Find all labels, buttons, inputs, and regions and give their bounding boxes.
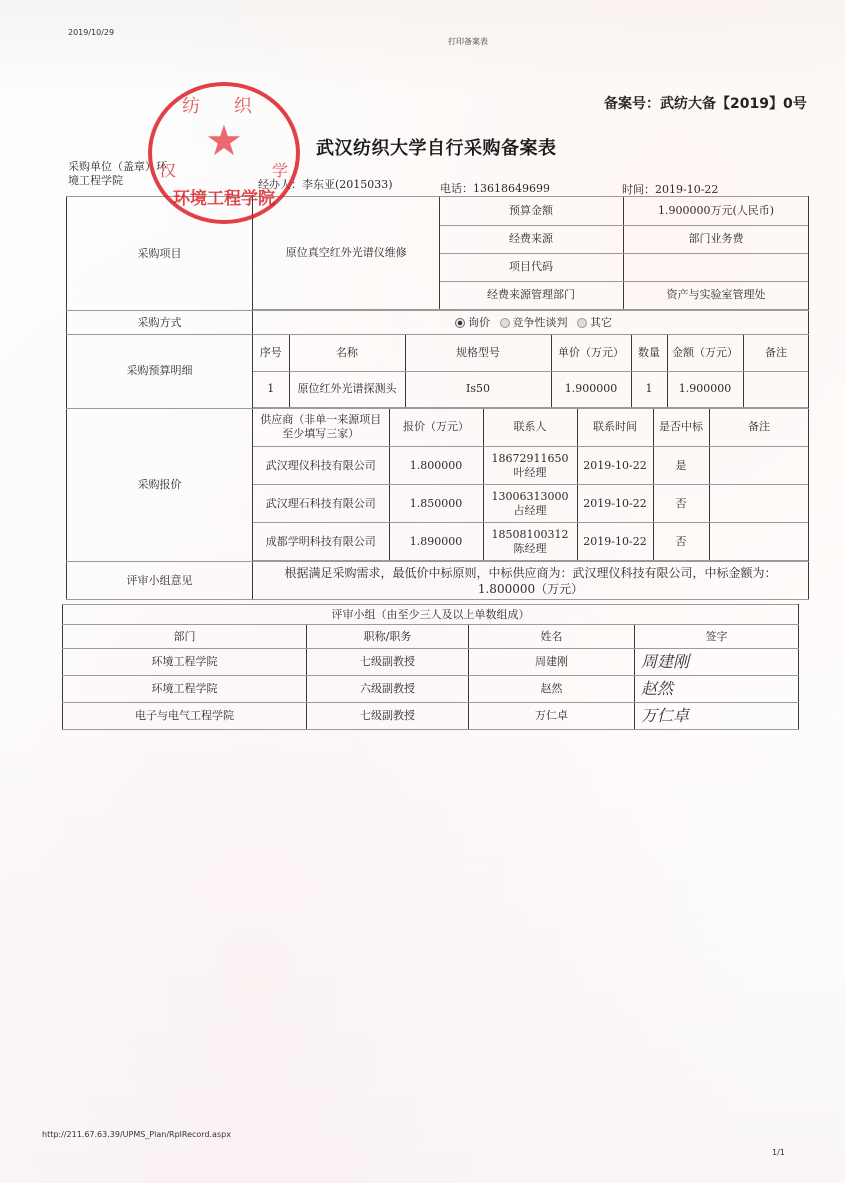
quotes-table: 供应商（非单一来源项目至少填写三家） 报价（万元） 联系人 联系时间 是否中标 … bbox=[253, 409, 809, 562]
opinion-text: 根据满足采购需求，最低价中标原则，中标供应商为：武汉理仪科技有限公司，中标金额为… bbox=[253, 562, 809, 600]
contact-name: 叶经理 bbox=[514, 466, 547, 479]
cell-item-name: 原位红外光谱探测头 bbox=[289, 371, 405, 407]
col-header: 职称/职务 bbox=[307, 625, 469, 649]
handler-label: 经办人： bbox=[258, 178, 302, 191]
date: 时间：2019-10-22 bbox=[622, 181, 718, 197]
col-header: 数量 bbox=[631, 335, 667, 371]
cell-won: 否 bbox=[653, 523, 709, 561]
col-header: 报价（万元） bbox=[389, 409, 483, 447]
opinion-label: 评审小组意见 bbox=[67, 562, 253, 600]
cell-contact: 18508100312陈经理 bbox=[483, 523, 577, 561]
cell-rank: 七级副教授 bbox=[307, 649, 469, 676]
col-header: 备注 bbox=[743, 335, 809, 371]
radio-negotiation-label: 竞争性谈判 bbox=[513, 316, 568, 329]
col-header: 名称 bbox=[289, 335, 405, 371]
funding-source: 部门业务费 bbox=[623, 225, 809, 253]
quotes-header-row: 供应商（非单一来源项目至少填写三家） 报价（万元） 联系人 联系时间 是否中标 … bbox=[253, 409, 809, 447]
cell-unit-price: 1.900000 bbox=[551, 371, 631, 407]
cell-date: 2019-10-22 bbox=[577, 523, 653, 561]
method-label: 采购方式 bbox=[67, 311, 253, 335]
table-row: 武汉理石科技有限公司 1.850000 13006313000占经理 2019-… bbox=[253, 485, 809, 523]
budget-detail-row: 采购预算明细 序号 名称 规格型号 单价（万元） 数量 金额（万元） 备注 1 … bbox=[67, 335, 809, 409]
contact-phone: 18508100312 bbox=[492, 528, 569, 541]
col-header: 姓名 bbox=[469, 625, 635, 649]
cell-price: 1.890000 bbox=[389, 523, 483, 561]
method-row: 采购方式 询价 竞争性谈判 其它 bbox=[67, 311, 809, 335]
contact-name: 陈经理 bbox=[514, 542, 547, 555]
cell-note bbox=[709, 523, 809, 561]
time-value: 2019-10-22 bbox=[655, 183, 718, 196]
method-options: 询价 竞争性谈判 其它 bbox=[253, 311, 809, 335]
cell-date: 2019-10-22 bbox=[577, 447, 653, 485]
cell-won: 否 bbox=[653, 485, 709, 523]
record-number: 备案号：武纺大备【2019】0号 bbox=[604, 93, 807, 113]
project-inner: 原位真空红外光谱仪维修 预算金额 1.900000万元(人民币) 经费来源 部门… bbox=[253, 197, 809, 310]
cell-contact: 18672911650叶经理 bbox=[483, 447, 577, 485]
time-label: 时间： bbox=[622, 183, 655, 196]
radio-negotiation[interactable] bbox=[500, 318, 510, 328]
col-header: 供应商（非单一来源项目至少填写三家） bbox=[253, 409, 389, 447]
budget-detail-label: 采购预算明细 bbox=[67, 335, 253, 409]
budget-amount: 1.900000万元(人民币) bbox=[623, 197, 809, 225]
cell-name: 周建刚 bbox=[469, 649, 635, 676]
field-label: 经费来源 bbox=[439, 225, 623, 253]
radio-inquiry[interactable] bbox=[455, 318, 465, 328]
cell-rank: 六级副教授 bbox=[307, 676, 469, 703]
cell-date: 2019-10-22 bbox=[577, 485, 653, 523]
cell-dept: 电子与电气工程学院 bbox=[63, 703, 307, 730]
cell-model: Is50 bbox=[405, 371, 551, 407]
purchasing-unit: 采购单位（盖章）环境工程学院 bbox=[68, 160, 168, 188]
col-header: 签字 bbox=[635, 625, 799, 649]
contact-phone: 18672911650 bbox=[492, 452, 569, 465]
budget-header-row: 序号 名称 规格型号 单价（万元） 数量 金额（万元） 备注 bbox=[253, 335, 809, 371]
radio-other-label: 其它 bbox=[590, 316, 612, 329]
cell-rank: 七级副教授 bbox=[307, 703, 469, 730]
project-label: 采购项目 bbox=[67, 197, 253, 311]
col-header: 规格型号 bbox=[405, 335, 551, 371]
project-code bbox=[623, 253, 809, 281]
col-header: 是否中标 bbox=[653, 409, 709, 447]
cell-note bbox=[709, 447, 809, 485]
col-header: 部门 bbox=[63, 625, 307, 649]
phone: 电话：13618649699 bbox=[440, 180, 550, 196]
quotes-row: 采购报价 供应商（非单一来源项目至少填写三家） 报价（万元） 联系人 联系时间 … bbox=[67, 408, 809, 562]
table-row: 成都学明科技有限公司 1.890000 18508100312陈经理 2019-… bbox=[253, 523, 809, 561]
contact-name: 占经理 bbox=[514, 504, 547, 517]
col-header: 金额（万元） bbox=[667, 335, 743, 371]
print-title: 打印备案表 bbox=[448, 36, 488, 47]
field-label: 项目代码 bbox=[439, 253, 623, 281]
unit-label: 采购单位（盖章） bbox=[68, 160, 156, 173]
table-row: 环境工程学院 六级副教授 赵然 赵然 bbox=[63, 676, 799, 703]
project-name: 原位真空红外光谱仪维修 bbox=[253, 197, 439, 309]
cell-supplier: 武汉理仪科技有限公司 bbox=[253, 447, 389, 485]
opinion-row: 评审小组意见 根据满足采购需求，最低价中标原则，中标供应商为：武汉理仪科技有限公… bbox=[67, 562, 809, 600]
cell-dept: 环境工程学院 bbox=[63, 676, 307, 703]
field-label: 经费来源管理部门 bbox=[439, 281, 623, 309]
table-row: 1 原位红外光谱探测头 Is50 1.900000 1 1.900000 bbox=[253, 371, 809, 407]
quotes-label: 采购报价 bbox=[67, 408, 253, 562]
col-header: 备注 bbox=[709, 409, 809, 447]
cell-contact: 13006313000占经理 bbox=[483, 485, 577, 523]
radio-other[interactable] bbox=[577, 318, 587, 328]
cell-amount: 1.900000 bbox=[667, 371, 743, 407]
table-row: 电子与电气工程学院 七级副教授 万仁卓 万仁卓 bbox=[63, 703, 799, 730]
table-row: 环境工程学院 七级副教授 周建刚 周建刚 bbox=[63, 649, 799, 676]
col-header: 联系时间 bbox=[577, 409, 653, 447]
cell-price: 1.850000 bbox=[389, 485, 483, 523]
handler-value: 李东亚(2015033) bbox=[302, 178, 393, 191]
col-header: 单价（万元） bbox=[551, 335, 631, 371]
funding-dept: 资产与实验室管理处 bbox=[623, 281, 809, 309]
review-panel-table: 评审小组（由至少三人及以上单数组成） 部门 职称/职务 姓名 签字 环境工程学院… bbox=[62, 604, 799, 730]
form-title: 武汉纺织大学自行采购备案表 bbox=[316, 134, 557, 160]
page-number: 1/1 bbox=[772, 1148, 785, 1157]
radio-inquiry-label: 询价 bbox=[468, 316, 490, 329]
signature: 赵然 bbox=[635, 676, 799, 703]
cell-won: 是 bbox=[653, 447, 709, 485]
phone-value: 13618649699 bbox=[473, 182, 550, 195]
cell-supplier: 成都学明科技有限公司 bbox=[253, 523, 389, 561]
project-row: 采购项目 原位真空红外光谱仪维修 预算金额 1.900000万元(人民币) 经费… bbox=[67, 197, 809, 311]
cell-supplier: 武汉理石科技有限公司 bbox=[253, 485, 389, 523]
print-date: 2019/10/29 bbox=[68, 28, 114, 37]
budget-detail-table: 序号 名称 规格型号 单价（万元） 数量 金额（万元） 备注 1 原位红外光谱探… bbox=[253, 335, 809, 408]
field-label: 预算金额 bbox=[439, 197, 623, 225]
signature: 周建刚 bbox=[635, 649, 799, 676]
cell-quantity: 1 bbox=[631, 371, 667, 407]
table-row: 武汉理仪科技有限公司 1.800000 18672911650叶经理 2019-… bbox=[253, 447, 809, 485]
record-form-table: 采购项目 原位真空红外光谱仪维修 预算金额 1.900000万元(人民币) 经费… bbox=[66, 196, 809, 600]
panel-header-row: 部门 职称/职务 姓名 签字 bbox=[63, 625, 799, 649]
cell-note bbox=[743, 371, 809, 407]
col-header: 序号 bbox=[253, 335, 289, 371]
phone-label: 电话： bbox=[440, 182, 473, 195]
cell-name: 赵然 bbox=[469, 676, 635, 703]
contact-phone: 13006313000 bbox=[492, 490, 569, 503]
handler: 经办人：李东亚(2015033) bbox=[258, 176, 393, 192]
panel-title: 评审小组（由至少三人及以上单数组成） bbox=[63, 605, 799, 625]
cell-dept: 环境工程学院 bbox=[63, 649, 307, 676]
footer-url: http://211.67.63.39/UPMS_Plan/RplRecord.… bbox=[42, 1130, 231, 1139]
signature: 万仁卓 bbox=[635, 703, 799, 730]
cell-name: 万仁卓 bbox=[469, 703, 635, 730]
col-header: 联系人 bbox=[483, 409, 577, 447]
cell-index: 1 bbox=[253, 371, 289, 407]
cell-note bbox=[709, 485, 809, 523]
cell-price: 1.800000 bbox=[389, 447, 483, 485]
